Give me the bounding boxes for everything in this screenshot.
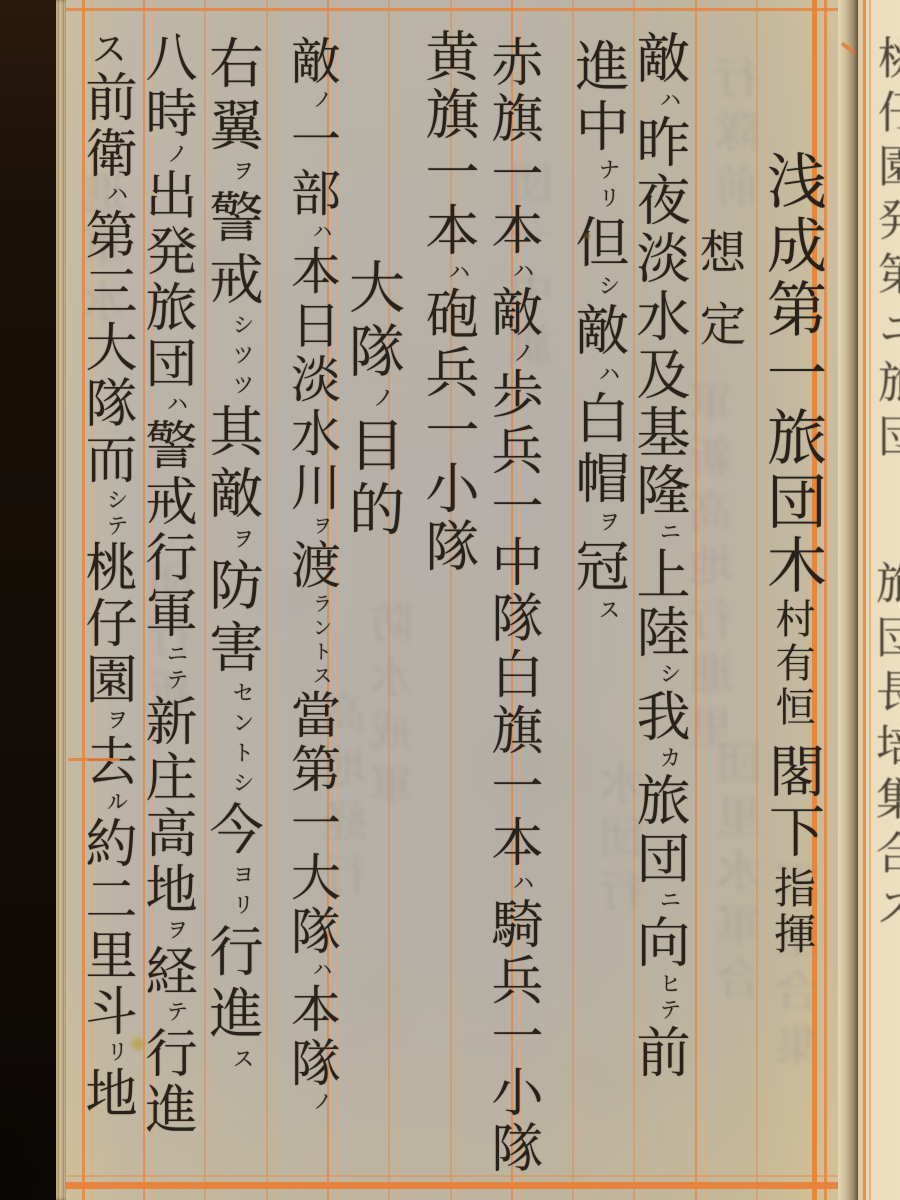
kana-annotation: ヲ — [164, 918, 186, 944]
bleedthrough-ghost-text: 軍新高地行進里 — [694, 380, 738, 758]
kanji-text: 地 — [76, 1066, 136, 1122]
kanji-text: 敵 — [482, 285, 542, 341]
kana-annotation: セントシ — [230, 681, 252, 801]
kanji-text: 上陸 — [628, 546, 691, 662]
kana-annotation: ル — [104, 790, 126, 816]
kana-annotation: ノ — [311, 1091, 331, 1115]
kana-annotation: ハ — [311, 221, 331, 245]
kanji-text: 砲兵一小隊 — [417, 286, 480, 576]
text-column-line-4: 進中ナリ但シ敵ハ白帽ヲ冠ス — [571, 38, 625, 626]
kanji-text: 進中 — [567, 38, 630, 158]
text-column-heading-sotei: 想定 — [697, 228, 743, 372]
kana-annotation: ヲ — [596, 510, 618, 538]
text-column-line-3: 敵ハ昨夜淡水及基隆ニ上陸シ我カ旅団ニ向ヒテ前 — [632, 30, 686, 1082]
kana-annotation: テ — [164, 1000, 186, 1026]
border-line — [66, 1175, 838, 1177]
kanji-text: 旅団 — [136, 280, 196, 392]
kana-annotation: ヲ — [104, 708, 126, 734]
paper-stain — [129, 1035, 147, 1053]
kana-annotation: ハ — [446, 260, 468, 286]
kana-annotation: ノ — [510, 341, 532, 367]
manuscript-photo: 行隊前軍新高地行進里団里水軍合軍里合集防水戒軍高地経行団一中旗進軍水団行新水団行… — [0, 0, 900, 1200]
kana-annotation: ノ — [164, 142, 186, 168]
kanji-text: 歩兵一中隊白旗一本 — [482, 367, 542, 871]
kanji-text: 向 — [628, 914, 691, 972]
kanji-text: 黄旗一本 — [417, 28, 480, 260]
kanji-text: 敵 — [567, 302, 630, 362]
kanji-text: 一部 — [283, 113, 341, 221]
kana-annotation: ハ — [510, 259, 532, 285]
kanji-text: 但 — [567, 214, 630, 274]
adjacent-rule-line — [863, 0, 866, 1200]
kanji-text: 経 — [136, 944, 196, 1000]
kana-annotation: シツツ — [230, 313, 252, 403]
kana-annotation: ニテ — [164, 642, 186, 694]
manuscript-page: 行隊前軍新高地行進里団里水軍合軍里合集防水戒軍高地経行団一中旗進軍水団行新水団行… — [66, 0, 838, 1200]
kanji-text: 閣下 — [760, 742, 825, 862]
kanji-text: 本日淡水川 — [283, 245, 341, 515]
kana-annotation: ハ — [104, 182, 126, 208]
kana-annotation: ヒテ — [657, 972, 679, 1024]
text-column-line-5: 赤旗一本ハ敵ノ歩兵一中隊白旗一本ハ騎兵一小隊 — [486, 35, 538, 1177]
kanji-text: 敵 — [628, 30, 691, 88]
kanji-text: 指揮 — [768, 866, 817, 958]
kanji-text: 本隊 — [283, 983, 341, 1091]
kana-annotation: ニ — [657, 520, 679, 546]
text-column-line-10: 八時ノ出発旅団ハ警戒行軍ニテ新庄高地ヲ経テ行進 — [140, 30, 192, 1138]
kanji-text: 其敵 — [201, 403, 264, 527]
kanji-text: 大隊 — [340, 258, 405, 386]
text-column-line-11: ス前衛ハ第三大隊而シテ桃仔園ヲ去ル約二里斗リ地 — [80, 30, 132, 1122]
kana-annotation: ハ — [510, 871, 532, 897]
book-edge-shadow — [0, 0, 58, 1200]
kanji-text: 當第一大隊 — [283, 689, 341, 959]
kanji-text: 想定 — [693, 228, 747, 372]
kanji-text: 第三大隊而 — [76, 208, 136, 488]
kanji-text: 渡 — [283, 539, 341, 593]
kanji-text: 桃仔園 — [76, 540, 136, 708]
adjacent-page-edge: 桃仔園発第ニ旅団旅団長培集合ス — [858, 0, 900, 1200]
ruled-line — [266, 0, 268, 1200]
text-column-heading-mokuteki: 大隊ノ目的 — [344, 258, 400, 544]
text-column-line-8: 敵ノ一部ハ本日淡水川ヲ渡ラントス當第一大隊ハ本隊ノ — [287, 35, 337, 1115]
kanji-text: 今 — [201, 801, 264, 863]
kana-annotation: ヨリ — [230, 863, 252, 923]
kanji-text: 防害 — [201, 557, 264, 681]
kanji-text: 前衛 — [76, 70, 136, 182]
kana-annotation: ヲ — [230, 159, 252, 189]
kanji-text: 警戒 — [201, 189, 264, 313]
kana-annotation: ヲ — [311, 515, 331, 539]
kana-annotation: ナリ — [596, 158, 618, 214]
kana-annotation: リ — [104, 1040, 126, 1066]
page-gutter — [838, 0, 858, 1200]
kanji-text: ス — [86, 30, 127, 70]
kanji-text: 出発 — [136, 168, 196, 280]
kana-annotation: ヲ — [230, 527, 252, 557]
kanji-text: 村有恒 — [769, 598, 815, 730]
kanji-text: 旅団 — [628, 772, 691, 888]
margin-tick-mark — [68, 758, 120, 761]
kanji-text: 警戒行軍 — [136, 418, 196, 642]
paper-stain — [583, 232, 591, 240]
kana-annotation: ノ — [311, 89, 331, 113]
kanji-text: 白帽 — [567, 390, 630, 510]
kanji-text: 新庄高地 — [136, 694, 196, 918]
kana-annotation: ニ — [657, 888, 679, 914]
kana-annotation: ハ — [596, 362, 618, 390]
border-line — [66, 1182, 838, 1189]
kanji-text: 敵 — [283, 35, 341, 89]
kana-annotation: ハ — [164, 392, 186, 418]
kanji-text: 赤旗一本 — [482, 35, 542, 259]
adjacent-page-text-column: 旅団長培集合ス — [871, 560, 900, 938]
ruled-line — [274, 0, 276, 1200]
kanji-text: 右翼 — [201, 35, 264, 159]
text-column-title: 浅成第一旅団木村有恒閣下指揮 — [762, 150, 822, 958]
kana-annotation: ノ — [370, 386, 392, 416]
kana-annotation: ハ — [311, 959, 331, 983]
kana-annotation: ハ — [657, 88, 679, 114]
kana-annotation: カ — [657, 746, 679, 772]
kana-annotation: シテ — [104, 488, 126, 540]
kana-annotation: ラントス — [311, 593, 331, 689]
kanji-text: 約二里斗 — [76, 816, 136, 1040]
kana-annotation: ス — [230, 1047, 252, 1077]
kanji-text: 前 — [628, 1024, 691, 1082]
kanji-text: 我 — [628, 688, 691, 746]
kanji-text: 冠 — [567, 538, 630, 598]
kana-annotation: シ — [657, 662, 679, 688]
text-column-line-6: 黄旗一本ハ砲兵一小隊 — [421, 28, 475, 576]
kana-annotation: シ — [596, 274, 618, 302]
kanji-text: 浅成第一旅団木 — [757, 150, 827, 598]
text-column-line-9: 右翼ヲ警戒シツツ其敵ヲ防害セントシ今ヨリ行進ス — [205, 35, 259, 1077]
kanji-text: 昨夜淡水及基隆 — [628, 114, 691, 520]
kanji-text: 騎兵一小隊 — [482, 897, 542, 1177]
kanji-text: 行進 — [201, 923, 264, 1047]
kanji-text: 八時 — [136, 30, 196, 142]
border-line — [66, 8, 838, 11]
kana-annotation: ス — [596, 598, 618, 626]
adjacent-page-text-column: 桃仔園発第ニ旅団 — [873, 35, 900, 467]
kanji-text: 目的 — [340, 416, 405, 544]
bleedthrough-ghost-text: 防水戒軍 — [374, 600, 418, 816]
kanji-text: 去 — [76, 734, 136, 790]
